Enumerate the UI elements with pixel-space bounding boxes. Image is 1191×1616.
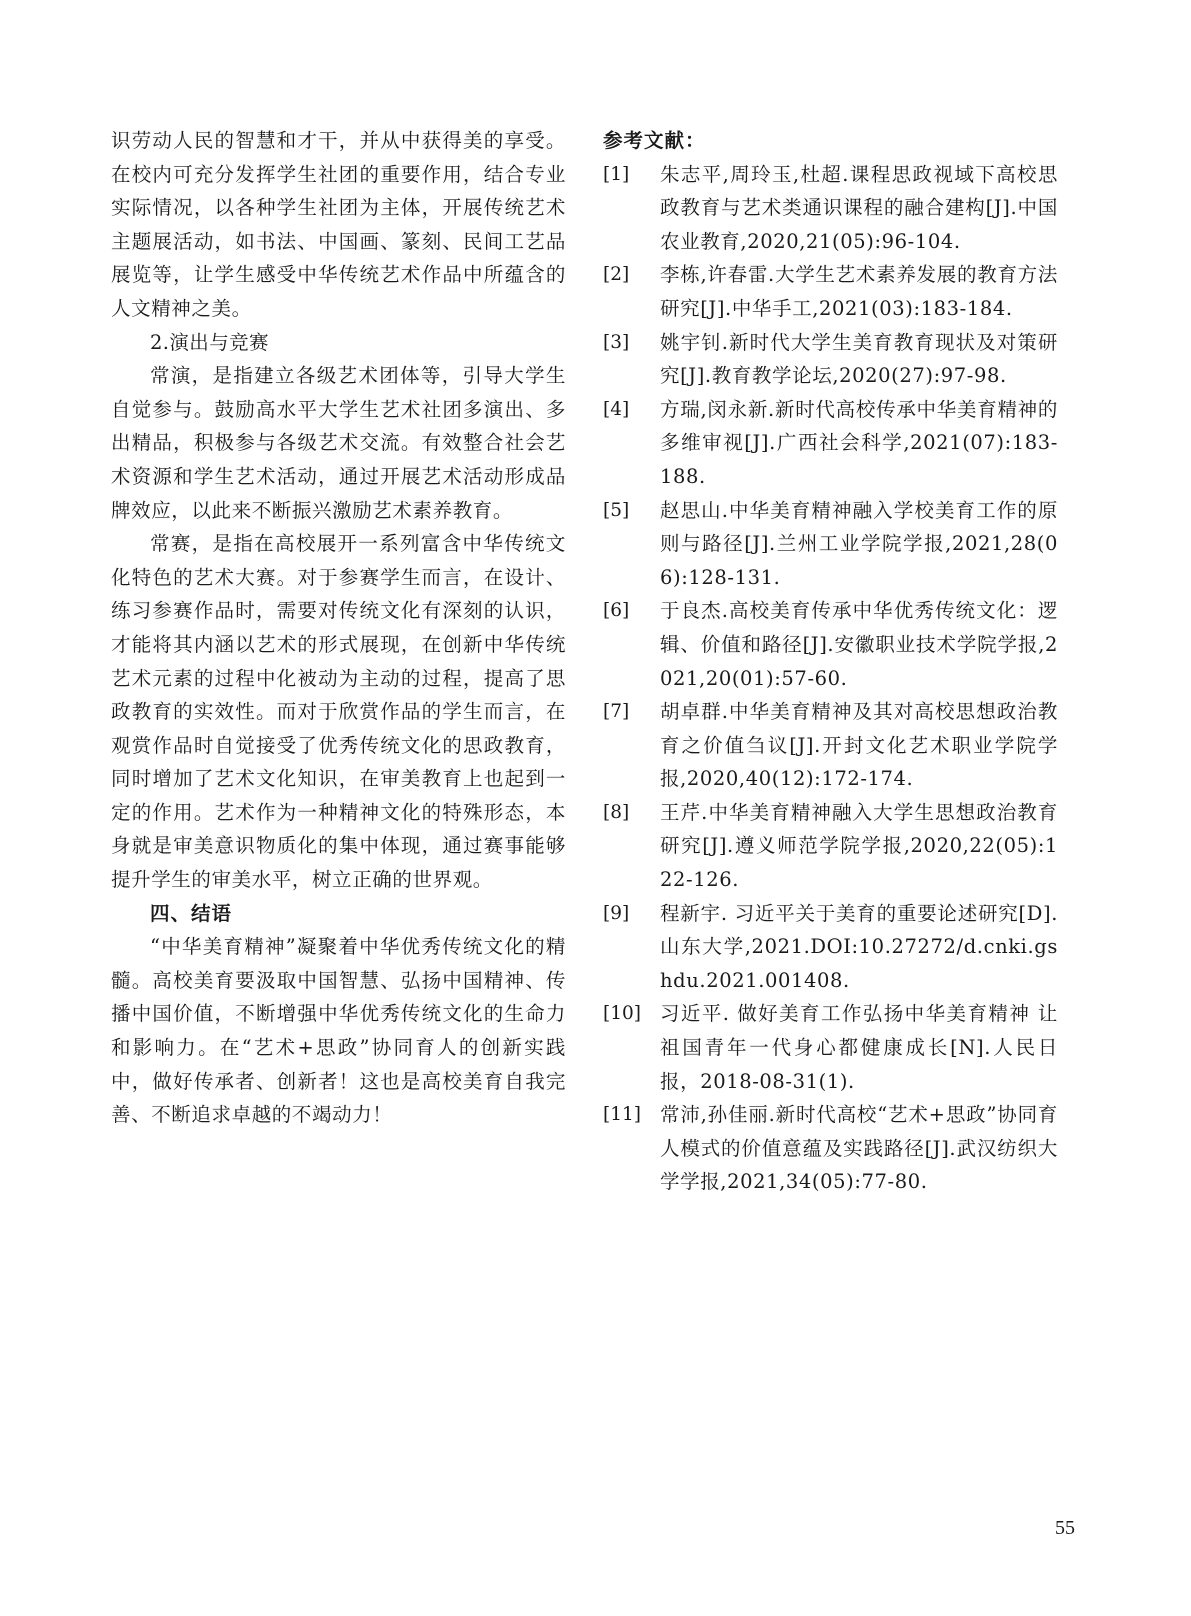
reference-number: [11] [603, 1098, 660, 1199]
reference-number: [6] [603, 594, 660, 695]
reference-text: 习近平. 做好美育工作弘扬中华美育精神 让祖国青年一代身心都健康成长[N].人民… [660, 997, 1058, 1098]
paragraph-student-clubs: 识劳动人民的智慧和才干，并从中获得美的享受。在校内可充分发挥学生社团的重要作用，… [111, 124, 566, 326]
reference-item: [4] 方瑞,闵永新.新时代高校传承中华美育精神的多维审视[J].广西社会科学,… [603, 393, 1058, 494]
reference-item: [10] 习近平. 做好美育工作弘扬中华美育精神 让祖国青年一代身心都健康成长[… [603, 997, 1058, 1098]
body-text-column: 识劳动人民的智慧和才干，并从中获得美的享受。在校内可充分发挥学生社团的重要作用，… [111, 124, 566, 1132]
reference-text: 姚宇钊.新时代大学生美育教育现状及对策研究[J].教育教学论坛,2020(27)… [660, 326, 1058, 393]
reference-item: [8] 王芹.中华美育精神融入大学生思想政治教育研究[J].遵义师范学院学报,2… [603, 796, 1058, 897]
reference-item: [5] 赵思山.中华美育精神融入学校美育工作的原则与路径[J].兰州工业学院学报… [603, 494, 1058, 595]
reference-number: [5] [603, 494, 660, 595]
reference-text: 胡卓群.中华美育精神及其对高校思想政治教育之价值刍议[J].开封文化艺术职业学院… [660, 695, 1058, 796]
reference-text: 李栋,许春雷.大学生艺术素养发展的教育方法研究[J].中华手工,2021(03)… [660, 258, 1058, 325]
reference-text: 赵思山.中华美育精神融入学校美育工作的原则与路径[J].兰州工业学院学报,202… [660, 494, 1058, 595]
reference-text: 方瑞,闵永新.新时代高校传承中华美育精神的多维审视[J].广西社会科学,2021… [660, 393, 1058, 494]
reference-text: 常沛,孙佳丽.新时代高校“艺术+思政”协同育人模式的价值意蕴及实践路径[J].武… [660, 1098, 1058, 1199]
reference-text: 王芹.中华美育精神融入大学生思想政治教育研究[J].遵义师范学院学报,2020,… [660, 796, 1058, 897]
references-column: 参考文献： [1] 朱志平,周玲玉,杜超.课程思政视域下高校思政教育与艺术类通识… [603, 124, 1058, 1199]
section-heading-conclusion: 四、结语 [111, 897, 566, 931]
reference-item: [9] 程新宇. 习近平关于美育的重要论述研究[D].山东大学,2021.DOI… [603, 897, 1058, 998]
reference-number: [8] [603, 796, 660, 897]
reference-text: 于良杰.高校美育传承中华优秀传统文化：逻辑、价值和路径[J].安徽职业技术学院学… [660, 594, 1058, 695]
paragraph-competitions: 常赛，是指在高校展开一系列富含中华传统文化特色的艺术大赛。对于参赛学生而言，在设… [111, 527, 566, 897]
reference-text: 程新宇. 习近平关于美育的重要论述研究[D].山东大学,2021.DOI:10.… [660, 897, 1058, 998]
reference-number: [4] [603, 393, 660, 494]
reference-number: [1] [603, 158, 660, 259]
reference-number: [9] [603, 897, 660, 998]
references-heading: 参考文献： [603, 124, 1058, 158]
reference-number: [2] [603, 258, 660, 325]
reference-text: 朱志平,周玲玉,杜超.课程思政视域下高校思政教育与艺术类通识课程的融合建构[J]… [660, 158, 1058, 259]
reference-item: [2] 李栋,许春雷.大学生艺术素养发展的教育方法研究[J].中华手工,2021… [603, 258, 1058, 325]
reference-number: [10] [603, 997, 660, 1098]
reference-item: [1] 朱志平,周玲玉,杜超.课程思政视域下高校思政教育与艺术类通识课程的融合建… [603, 158, 1058, 259]
reference-item: [7] 胡卓群.中华美育精神及其对高校思想政治教育之价值刍议[J].开封文化艺术… [603, 695, 1058, 796]
paragraph-conclusion: “中华美育精神”凝聚着中华优秀传统文化的精髓。高校美育要汲取中国智慧、弘扬中国精… [111, 930, 566, 1132]
reference-item: [11] 常沛,孙佳丽.新时代高校“艺术+思政”协同育人模式的价值意蕴及实践路径… [603, 1098, 1058, 1199]
reference-item: [3] 姚宇钊.新时代大学生美育教育现状及对策研究[J].教育教学论坛,2020… [603, 326, 1058, 393]
reference-number: [7] [603, 695, 660, 796]
reference-item: [6] 于良杰.高校美育传承中华优秀传统文化：逻辑、价值和路径[J].安徽职业技… [603, 594, 1058, 695]
subheading-performance-competition: 2.演出与竞赛 [111, 326, 566, 360]
reference-number: [3] [603, 326, 660, 393]
page-number: 55 [1055, 1517, 1075, 1540]
paragraph-performances: 常演，是指建立各级艺术团体等，引导大学生自觉参与。鼓励高水平大学生艺术社团多演出… [111, 359, 566, 527]
